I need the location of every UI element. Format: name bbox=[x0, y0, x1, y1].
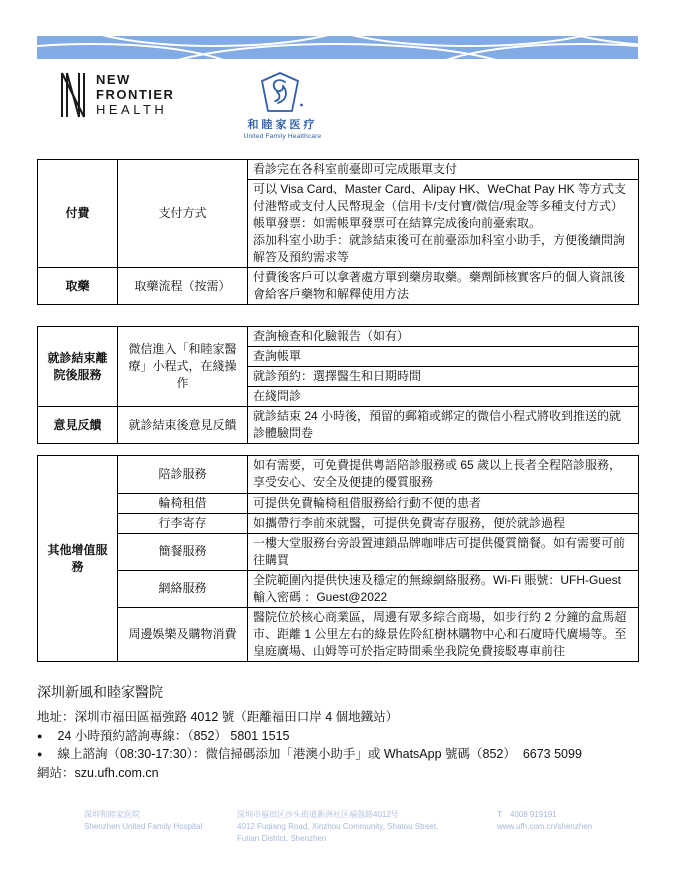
footer-phone: T4008 919191 bbox=[497, 809, 592, 821]
item-cell-pickup-process: 取藥流程（按需） bbox=[118, 268, 248, 305]
contact-block: 深圳新風和睦家醫院 地址：深圳市福田區福強路 4012 號（距離福田口岸 4 個… bbox=[37, 682, 638, 783]
payment-table: 付費 支付方式 看診完在各科室前臺即可完成賬單支付 可以 Visa Card、M… bbox=[37, 159, 639, 305]
united-family-healthcare-logo: 和睦家医疗 United Family Healthcare bbox=[236, 72, 328, 140]
website-line: 網站：szu.ufh.com.cn bbox=[37, 764, 638, 783]
hotline-text: 24 小時預約諮詢專線：（852） 5801 1515 bbox=[57, 727, 289, 746]
invoice-line: 帳單發票：如需帳單發票可在結算完成後向前臺索取。 bbox=[253, 215, 633, 232]
page: NEW FRONTIER HEALTH 和睦家医疗 United Family … bbox=[37, 36, 638, 845]
hospital-name: 深圳新風和睦家醫院 bbox=[37, 682, 638, 703]
assistant-line: 添加科室小助手：就診結束後可在前臺添加科室小助手，方便後續問詢解答及預約需求等 bbox=[253, 232, 633, 266]
desc-cell-cafe: 一樓大堂服務台旁設置連鎖品牌咖啡店可提供優質簡餐。如有需要可前往購買 bbox=[248, 533, 639, 570]
table-row: 簡餐服務 一樓大堂服務台旁設置連鎖品牌咖啡店可提供優質簡餐。如有需要可前往購買 bbox=[38, 533, 639, 570]
wave-pattern-icon bbox=[37, 36, 638, 59]
footer-address-en2: Futian District, Shenzhen bbox=[237, 833, 495, 845]
desc-cell-online-consult: 在綫問診 bbox=[248, 387, 639, 407]
item-cell-feedback: 就診結束後意見反饋 bbox=[118, 407, 248, 444]
table-row: 意見反饋 就診結束後意見反饋 就診結束 24 小時後，預留的郵箱或綁定的微信小程… bbox=[38, 407, 639, 444]
desc-cell-escort: 如有需要，可免費提供粵語陪診服務或 65 歲以上長者全程陪診服務，享受安心、安全… bbox=[248, 456, 639, 493]
nfh-word-frontier: FRONTIER bbox=[96, 87, 174, 102]
online-consult-line: ● 線上諮詢（08:30-17:30）：微信掃碼添加「港澳小助手」或 Whats… bbox=[37, 745, 638, 764]
footer-address: 深圳市福田区沙头街道新洲社区福强路4012号 4012 Fuqiang Road… bbox=[237, 809, 495, 845]
footer-address-en1: 4012 Fuqiang Road, Xinzhou Community, Sh… bbox=[237, 821, 495, 833]
after-visit-table: 就診結束離院後服務 微信進入「和睦家醫療」小程式，在綫操作 查詢檢查和化驗報告（… bbox=[37, 326, 639, 444]
ufh-registered-dot bbox=[301, 104, 304, 107]
desc-cell-shopping: 醫院位於核心商業區，周邊有眾多綜合商場，如步行約 2 分鐘的盒馬超市、距離 1 … bbox=[248, 607, 639, 661]
payment-methods-line: 可以 Visa Card、Master Card、Alipay HK、WeCha… bbox=[253, 181, 633, 215]
new-frontier-wordmark: NEW FRONTIER HEALTH bbox=[96, 72, 174, 118]
table-row: 行李寄存 如攜帶行李前來就醫，可提供免費寄存服務，便於就診過程 bbox=[38, 513, 639, 533]
footer-address-cn: 深圳市福田区沙头街道新洲社区福强路4012号 bbox=[237, 809, 495, 821]
online-consult-text: 線上諮詢（08:30-17:30）：微信掃碼添加「港澳小助手」或 WhatsAp… bbox=[57, 745, 581, 764]
item-cell-wheelchair: 輪椅租借 bbox=[118, 493, 248, 513]
bullet-icon: ● bbox=[37, 750, 42, 759]
desc-cell-pickup: 付費後客戶可以拿著處方單到藥房取藥。藥劑師核實客戶的個人資訊後會給客戶藥物和解釋… bbox=[248, 268, 639, 305]
item-cell-shopping: 周邊娛樂及購物消費 bbox=[118, 607, 248, 661]
header-logos: NEW FRONTIER HEALTH 和睦家医疗 United Family … bbox=[37, 72, 638, 132]
category-cell-feedback: 意見反饋 bbox=[38, 407, 118, 444]
item-cell-wifi: 網絡服務 bbox=[118, 570, 248, 607]
desc-cell-payment-detail: 可以 Visa Card、Master Card、Alipay HK、WeCha… bbox=[248, 180, 639, 268]
footer-hospital-name: 深圳和睦家医院 Shenzhen United Family Hospital bbox=[84, 809, 234, 845]
ufh-shield-stork-icon bbox=[259, 72, 305, 114]
footer-phone-number: 4008 919191 bbox=[510, 810, 557, 819]
desc-cell-feedback: 就診結束 24 小時後，預留的郵箱或綁定的微信小程式將收到推送的就診體驗問卷 bbox=[248, 407, 639, 444]
table-row: 就診結束離院後服務 微信進入「和睦家醫療」小程式，在綫操作 查詢檢查和化驗報告（… bbox=[38, 327, 639, 347]
bullet-icon: ● bbox=[37, 732, 42, 741]
table-row: 網絡服務 全院範圍內提供快速及穩定的無線網絡服務。Wi-Fi 賬號：UFH-Gu… bbox=[38, 570, 639, 607]
page-footer: 深圳和睦家医院 Shenzhen United Family Hospital … bbox=[37, 809, 638, 845]
category-cell-pickup: 取藥 bbox=[38, 268, 118, 305]
footer-contact: T4008 919191 www.ufh.com.cn/shenzhen bbox=[497, 809, 592, 845]
desc-cell-bills: 查詢帳單 bbox=[248, 347, 639, 367]
category-cell-after-visit: 就診結束離院後服務 bbox=[38, 327, 118, 407]
hospital-address: 地址：深圳市福田區福強路 4012 號（距離福田口岸 4 個地鐵站） bbox=[37, 708, 638, 727]
footer-website: www.ufh.com.cn/shenzhen bbox=[497, 821, 592, 833]
item-cell-escort: 陪診服務 bbox=[118, 456, 248, 493]
new-frontier-health-logo: NEW FRONTIER HEALTH bbox=[59, 72, 174, 118]
category-cell-payment: 付費 bbox=[38, 160, 118, 268]
desc-cell-reports: 查詢檢查和化驗報告（如有） bbox=[248, 327, 639, 347]
table-row: 其他增值服務 陪診服務 如有需要，可免費提供粵語陪診服務或 65 歲以上長者全程… bbox=[38, 456, 639, 493]
item-cell-cafe: 簡餐服務 bbox=[118, 533, 248, 570]
item-cell-luggage: 行李寄存 bbox=[118, 513, 248, 533]
new-frontier-n-icon bbox=[59, 72, 87, 118]
category-cell-value-added: 其他增值服務 bbox=[38, 456, 118, 661]
wave-banner bbox=[37, 36, 638, 59]
table-row: 取藥 取藥流程（按需） 付費後客戶可以拿著處方單到藥房取藥。藥劑師核實客戶的個人… bbox=[38, 268, 639, 305]
table-row: 周邊娛樂及購物消費 醫院位於核心商業區，周邊有眾多綜合商場，如步行約 2 分鐘的… bbox=[38, 607, 639, 661]
item-cell-payment-method: 支付方式 bbox=[118, 160, 248, 268]
item-cell-miniprogram: 微信進入「和睦家醫療」小程式，在綫操作 bbox=[118, 327, 248, 407]
footer-phone-label: T bbox=[497, 810, 502, 819]
ufh-english-name: United Family Healthcare bbox=[244, 133, 322, 140]
hotline-line: ● 24 小時預約諮詢專線：（852） 5801 1515 bbox=[37, 727, 638, 746]
footer-hospital-en: Shenzhen United Family Hospital bbox=[84, 821, 234, 833]
nfh-word-health: HEALTH bbox=[96, 102, 174, 117]
nfh-word-new: NEW bbox=[96, 72, 174, 87]
table-row: 付費 支付方式 看診完在各科室前臺即可完成賬單支付 bbox=[38, 160, 639, 180]
desc-cell-wheelchair: 可提供免費輪椅租借服務給行動不便的患者 bbox=[248, 493, 639, 513]
desc-cell-appointment: 就診預約：選擇醫生和日期時間 bbox=[248, 367, 639, 387]
desc-cell-pay-at-desk: 看診完在各科室前臺即可完成賬單支付 bbox=[248, 160, 639, 180]
ufh-chinese-name: 和睦家医疗 bbox=[247, 116, 317, 132]
desc-cell-wifi: 全院範圍內提供快速及穩定的無線網絡服務。Wi-Fi 賬號：UFH-Guest 輸… bbox=[248, 570, 639, 607]
value-added-table: 其他增值服務 陪診服務 如有需要，可免費提供粵語陪診服務或 65 歲以上長者全程… bbox=[37, 455, 639, 661]
desc-cell-luggage: 如攜帶行李前來就醫，可提供免費寄存服務，便於就診過程 bbox=[248, 513, 639, 533]
footer-hospital-cn: 深圳和睦家医院 bbox=[84, 809, 234, 821]
table-row: 輪椅租借 可提供免費輪椅租借服務給行動不便的患者 bbox=[38, 493, 639, 513]
